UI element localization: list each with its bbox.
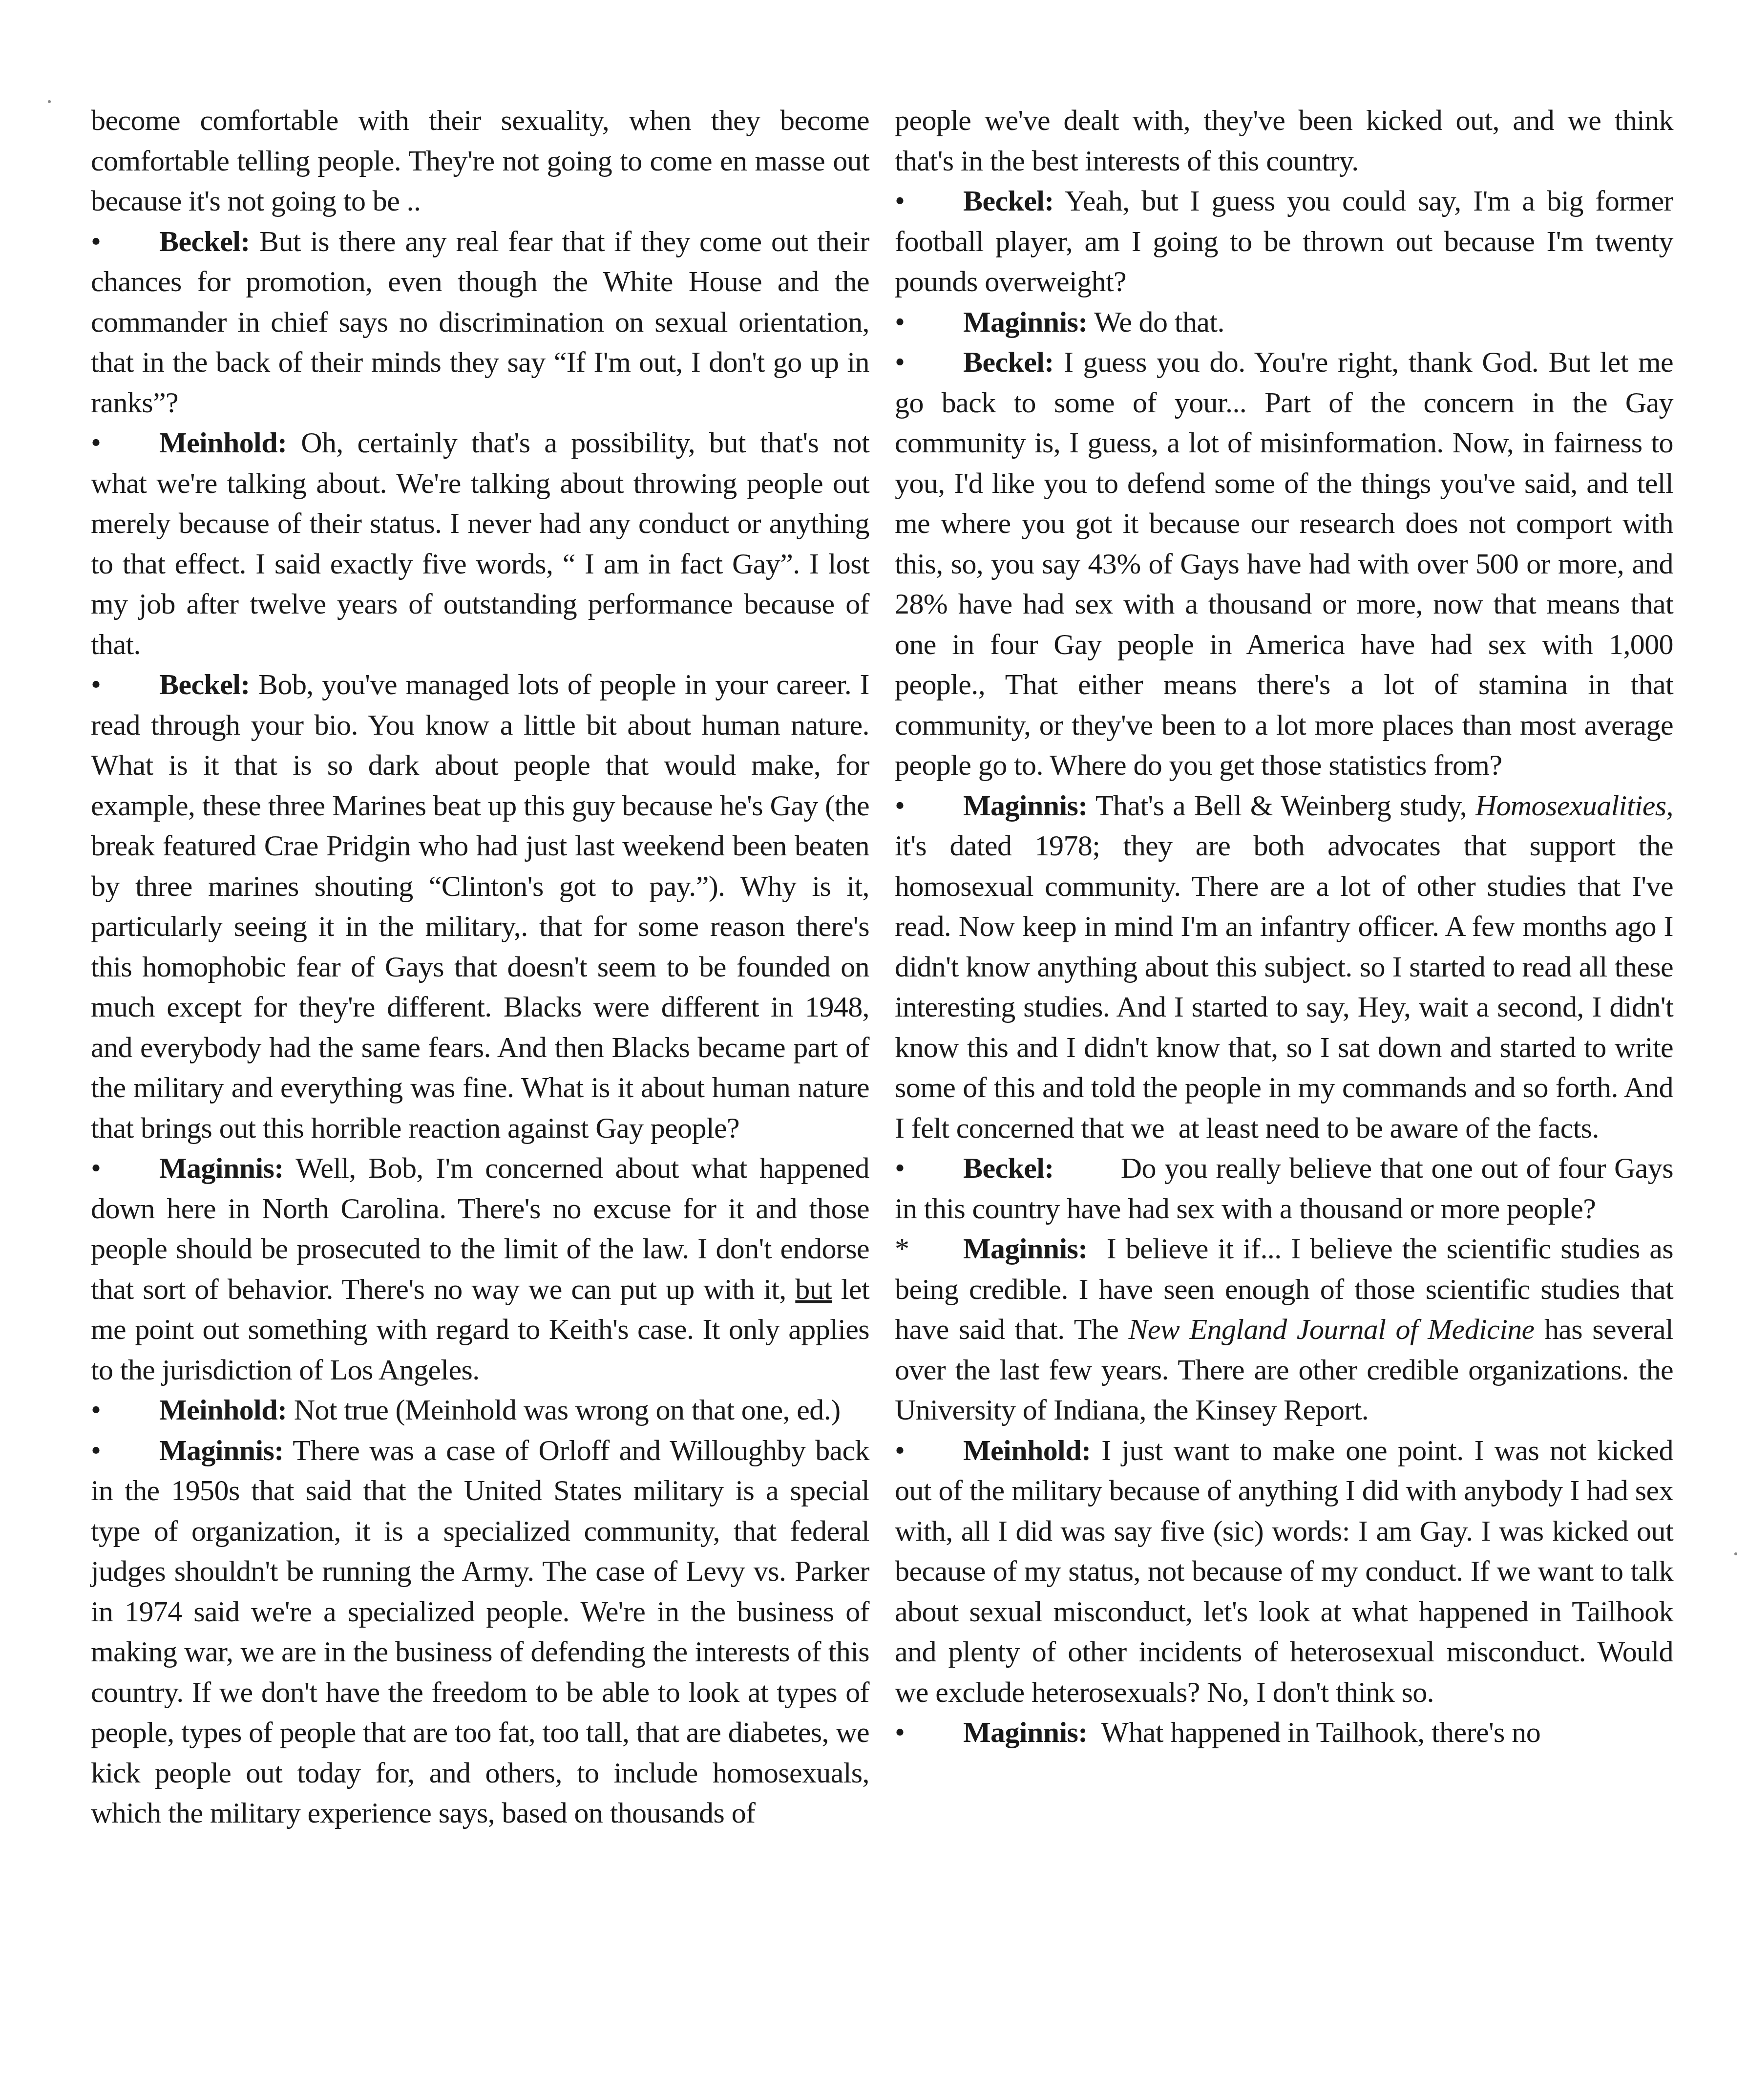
speaker-name: Maginnis: [963,306,1088,338]
body-text: We do that. [1088,306,1224,338]
bullet-marker-icon: • [895,1712,963,1753]
emphasized-text: but [795,1273,832,1305]
bullet-marker-icon: • [91,664,159,705]
bullet-marker-icon: • [895,1148,963,1188]
body-text: become comfortable with their sexuality,… [91,104,876,217]
scan-speck [1734,1552,1737,1555]
italic-title-text: New England Journal of Medicine [1128,1313,1534,1345]
speaker-name: Meinhold: [159,1394,287,1426]
dialogue-paragraph: •Beckel: Bob, you've managed lots of peo… [91,664,869,1148]
bullet-marker-icon: • [91,1390,159,1430]
bullet-marker-icon: • [895,1430,963,1471]
dialogue-paragraph: •Beckel: Yeah, but I guess you could say… [895,181,1673,302]
bullet-marker-icon: • [91,221,159,262]
speaker-name: Beckel: [963,346,1054,378]
body-text: people we've dealt with, they've been ki… [895,104,1680,177]
speaker-name: Beckel: [963,1152,1054,1184]
dialogue-paragraph: •Beckel: But is there any real fear that… [91,221,869,423]
body-text: Not true (Meinhold was wrong on that one… [287,1394,840,1426]
speaker-name: Maginnis: [963,1232,1088,1265]
asterisk-marker-icon: * [895,1229,963,1269]
dialogue-paragraph: *Maginnis: I believe it if... I believe … [895,1229,1673,1430]
bullet-marker-icon: • [895,785,963,826]
dialogue-paragraph: •Meinhold: Oh, certainly that's a possib… [91,423,869,664]
document-page: become comfortable with their sexuality,… [91,100,1673,1833]
speaker-name: Meinhold: [159,426,287,459]
body-text: I just want to make one point. I was not… [895,1434,1680,1708]
bullet-marker-icon: • [91,423,159,463]
body-text: Oh, certainly that's a possibility, but … [91,426,876,660]
dialogue-paragraph: •Maginnis: Well, Bob, I'm concerned abou… [91,1148,869,1390]
dialogue-paragraph: •Beckel: Do you really believe that one … [895,1148,1673,1229]
body-text: Bob, you've managed lots of people in yo… [91,668,876,1144]
speaker-name: Meinhold: [963,1434,1091,1466]
bullet-marker-icon: • [895,181,963,221]
bullet-marker-icon: • [91,1430,159,1471]
dialogue-paragraph: •Maginnis: We do that. [895,302,1673,342]
speaker-name: Beckel: [963,185,1054,217]
dialogue-paragraph: •Maginnis: What happened in Tailhook, th… [895,1712,1673,1753]
dialogue-paragraph: people we've dealt with, they've been ki… [895,100,1673,181]
dialogue-paragraph: •Meinhold: I just want to make one point… [895,1430,1673,1713]
italic-title-text: Homosexualities [1475,789,1666,822]
body-text: I guess you do. You're right, thank God.… [895,346,1680,781]
body-text: , it's dated 1978; they are both advocat… [895,789,1687,1144]
bullet-marker-icon: • [895,302,963,342]
scan-speck [48,100,51,103]
body-text: What happened in Tailhook, there's no [1088,1716,1540,1748]
left-column: become comfortable with their sexuality,… [91,100,869,1833]
body-text: That's a Bell & Weinberg study, [1088,789,1475,822]
speaker-name: Maginnis: [159,1434,284,1466]
dialogue-paragraph: •Meinhold: Not true (Meinhold was wrong … [91,1390,869,1430]
speaker-name: Maginnis: [963,1716,1088,1748]
bullet-marker-icon: • [91,1148,159,1188]
body-text: There was a case of Orloff and Willoughb… [91,1434,876,1829]
dialogue-paragraph: •Beckel: I guess you do. You're right, t… [895,342,1673,785]
right-column: people we've dealt with, they've been ki… [895,100,1673,1833]
dialogue-paragraph: •Maginnis: There was a case of Orloff an… [91,1430,869,1833]
bullet-marker-icon: • [895,342,963,382]
speaker-name: Beckel: [159,225,250,257]
dialogue-paragraph: become comfortable with their sexuality,… [91,100,869,221]
speaker-name: Maginnis: [963,789,1088,822]
speaker-name: Beckel: [159,668,250,700]
dialogue-paragraph: •Maginnis: That's a Bell & Weinberg stud… [895,785,1673,1148]
speaker-name: Maginnis: [159,1152,284,1184]
